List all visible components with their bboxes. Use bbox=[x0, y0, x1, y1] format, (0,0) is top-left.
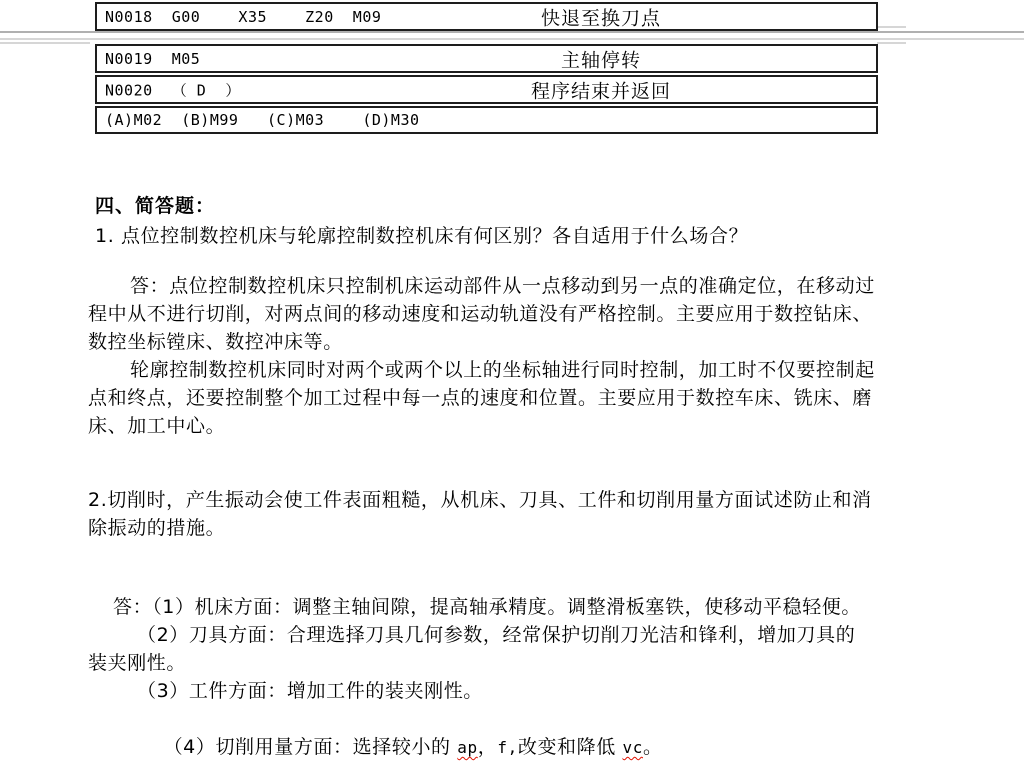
document-page: { "colors": { "border": "#1d1d1d", "page… bbox=[0, 0, 1024, 768]
program-desc-cell: 快退至换刀点 bbox=[332, 3, 870, 30]
answer-2-last-mid: 改变和降低 bbox=[518, 736, 623, 758]
answer-2-line: 装夹刚性。 bbox=[88, 649, 861, 677]
term-vc: vc bbox=[622, 738, 642, 757]
page-break-tick-right-top bbox=[877, 26, 906, 28]
answer-2-line: （3）工件方面：增加工件的装夹刚性。 bbox=[88, 677, 861, 705]
page-break-tick-right-bottom bbox=[877, 42, 906, 44]
answer-2-line: 答：（1）机床方面：调整主轴间隙，提高轴承精度。调整滑板塞铁，使移动平稳轻便。 bbox=[88, 593, 861, 621]
program-code-cell: N0020 （ D ） bbox=[105, 79, 241, 100]
page-break-line-top bbox=[0, 31, 1024, 33]
question-2-line: 2.切削时，产生振动会使工件表面粗糙，从机床、刀具、工件和切削用量方面试述防止和… bbox=[88, 486, 872, 514]
answer-1-line: 床、加工中心。 bbox=[88, 412, 875, 440]
answer-2-last-line: （4）切削用量方面：选择较小的 ap，f,改变和降低 vc。 bbox=[88, 705, 861, 733]
question-2-line: 除振动的措施。 bbox=[88, 514, 872, 542]
page-break-tick-left bbox=[0, 42, 90, 44]
answer-1-line: 答：点位控制数控机床只控制机床运动部件从一点移动到另一点的准确定位，在移动过 bbox=[88, 272, 875, 300]
answer-1-line: 点和终点，还要控制整个加工过程中每一点的速度和位置。主要应用于数控车床、铣床、磨 bbox=[88, 384, 875, 412]
question-1: 1. 点位控制数控机床与轮廓控制数控机床有何区别？各自适用于什么场合？ bbox=[95, 221, 748, 248]
table-row-n0019: N0019 M05 主轴停转 bbox=[95, 44, 878, 73]
answer-2-last-end: 。 bbox=[643, 736, 663, 758]
term-ap: ap bbox=[457, 738, 477, 757]
answer-2-last-sep: ， bbox=[478, 736, 498, 758]
section-heading: 四、简答题： bbox=[95, 191, 215, 218]
answer-2-paragraph: 答：（1）机床方面：调整主轴间隙，提高轴承精度。调整滑板塞铁，使移动平稳轻便。 … bbox=[88, 593, 861, 733]
answer-1-line: 轮廓控制数控机床同时对两个或两个以上的坐标轴进行同时控制，加工时不仅要控制起 bbox=[88, 356, 875, 384]
answer-1-paragraph: 答：点位控制数控机床只控制机床运动部件从一点移动到另一点的准确定位，在移动过 程… bbox=[88, 272, 875, 440]
table-row-n0018: N0018 G00 X35 Z20 M09 快退至换刀点 bbox=[95, 2, 878, 31]
program-desc-cell: 主轴停转 bbox=[332, 45, 870, 72]
answer-choices-cell: (A)M02 (B)M99 (C)M03 (D)M30 bbox=[105, 111, 420, 129]
program-desc-cell: 程序结束并返回 bbox=[332, 76, 870, 103]
table-row-choices: (A)M02 (B)M99 (C)M03 (D)M30 bbox=[95, 106, 878, 134]
page-break-line-bottom bbox=[0, 38, 1024, 40]
answer-2-last-pre: （4）切削用量方面：选择较小的 bbox=[164, 736, 458, 758]
answer-2-line: （2）刀具方面：合理选择刀具几何参数，经常保护切削刀光洁和锋利，增加刀具的 bbox=[88, 621, 861, 649]
answer-1-line: 数控坐标镗床、数控冲床等。 bbox=[88, 328, 875, 356]
answer-1-line: 程中从不进行切削，对两点间的移动速度和运动轨道没有严格控制。主要应用于数控钻床、 bbox=[88, 300, 875, 328]
program-code-cell: N0019 M05 bbox=[105, 50, 200, 68]
term-f: f, bbox=[497, 738, 517, 757]
question-2: 2.切削时，产生振动会使工件表面粗糙，从机床、刀具、工件和切削用量方面试述防止和… bbox=[88, 486, 872, 542]
table-row-n0020: N0020 （ D ） 程序结束并返回 bbox=[95, 75, 878, 104]
